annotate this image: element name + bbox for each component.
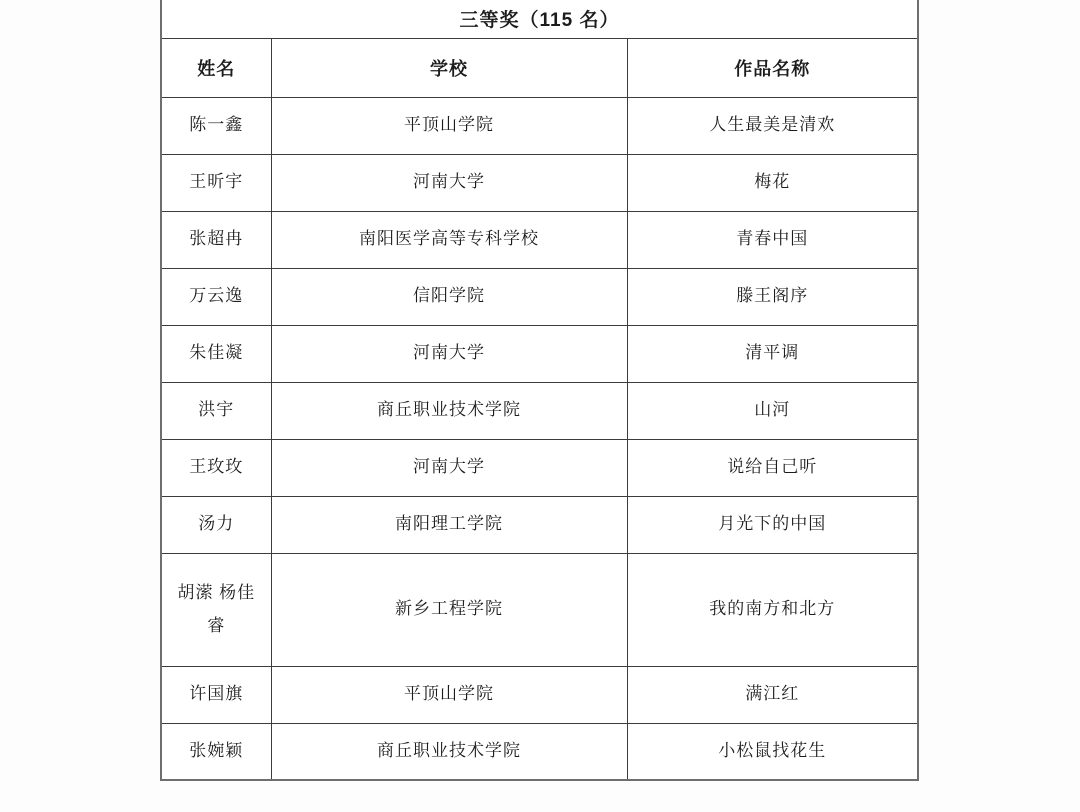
cell-name: 张超冉 [161,211,271,268]
cell-school: 平顶山学院 [271,97,627,154]
cell-name: 张婉颖 [161,723,271,780]
table-body: 陈一鑫平顶山学院人生最美是清欢王昕宇河南大学梅花张超冉南阳医学高等专科学校青春中… [161,97,918,780]
cell-name: 王玫玫 [161,439,271,496]
awards-table: 三等奖（115 名） 姓名 学校 作品名称 陈一鑫平顶山学院人生最美是清欢王昕宇… [160,0,919,781]
cell-school: 平顶山学院 [271,666,627,723]
cell-school: 新乡工程学院 [271,553,627,666]
cell-school: 河南大学 [271,325,627,382]
table-row: 洪宇商丘职业技术学院山河 [161,382,918,439]
cell-school: 河南大学 [271,439,627,496]
table-row: 万云逸信阳学院滕王阁序 [161,268,918,325]
table-row: 汤力南阳理工学院月光下的中国 [161,496,918,553]
table-title: 三等奖（115 名） [161,0,918,38]
cell-name: 万云逸 [161,268,271,325]
cell-name: 陈一鑫 [161,97,271,154]
cell-work: 清平调 [627,325,918,382]
table-row: 王昕宇河南大学梅花 [161,154,918,211]
cell-work: 青春中国 [627,211,918,268]
cell-work: 山河 [627,382,918,439]
header-work: 作品名称 [627,38,918,97]
table-row: 张婉颖商丘职业技术学院小松鼠找花生 [161,723,918,780]
header-school: 学校 [271,38,627,97]
table-row: 陈一鑫平顶山学院人生最美是清欢 [161,97,918,154]
table-row: 王玫玫河南大学说给自己听 [161,439,918,496]
cell-school: 南阳理工学院 [271,496,627,553]
cell-work: 我的南方和北方 [627,553,918,666]
table-row: 朱佳凝河南大学清平调 [161,325,918,382]
cell-name: 王昕宇 [161,154,271,211]
cell-name: 洪宇 [161,382,271,439]
cell-work: 梅花 [627,154,918,211]
cell-work: 小松鼠找花生 [627,723,918,780]
cell-work: 滕王阁序 [627,268,918,325]
table-row: 胡潆 杨佳睿新乡工程学院我的南方和北方 [161,553,918,666]
cell-name: 朱佳凝 [161,325,271,382]
cell-school: 商丘职业技术学院 [271,723,627,780]
table-header-row: 姓名 学校 作品名称 [161,38,918,97]
table-title-row: 三等奖（115 名） [161,0,918,38]
cell-work: 人生最美是清欢 [627,97,918,154]
cell-school: 商丘职业技术学院 [271,382,627,439]
table-row: 张超冉南阳医学高等专科学校青春中国 [161,211,918,268]
cell-school: 南阳医学高等专科学校 [271,211,627,268]
header-name: 姓名 [161,38,271,97]
table-row: 许国旗平顶山学院满江红 [161,666,918,723]
cell-school: 河南大学 [271,154,627,211]
cell-name: 胡潆 杨佳睿 [161,553,271,666]
cell-school: 信阳学院 [271,268,627,325]
document-page: 三等奖（115 名） 姓名 学校 作品名称 陈一鑫平顶山学院人生最美是清欢王昕宇… [0,0,1080,812]
cell-work: 说给自己听 [627,439,918,496]
cell-work: 月光下的中国 [627,496,918,553]
cell-name: 许国旗 [161,666,271,723]
cell-name: 汤力 [161,496,271,553]
cell-work: 满江红 [627,666,918,723]
